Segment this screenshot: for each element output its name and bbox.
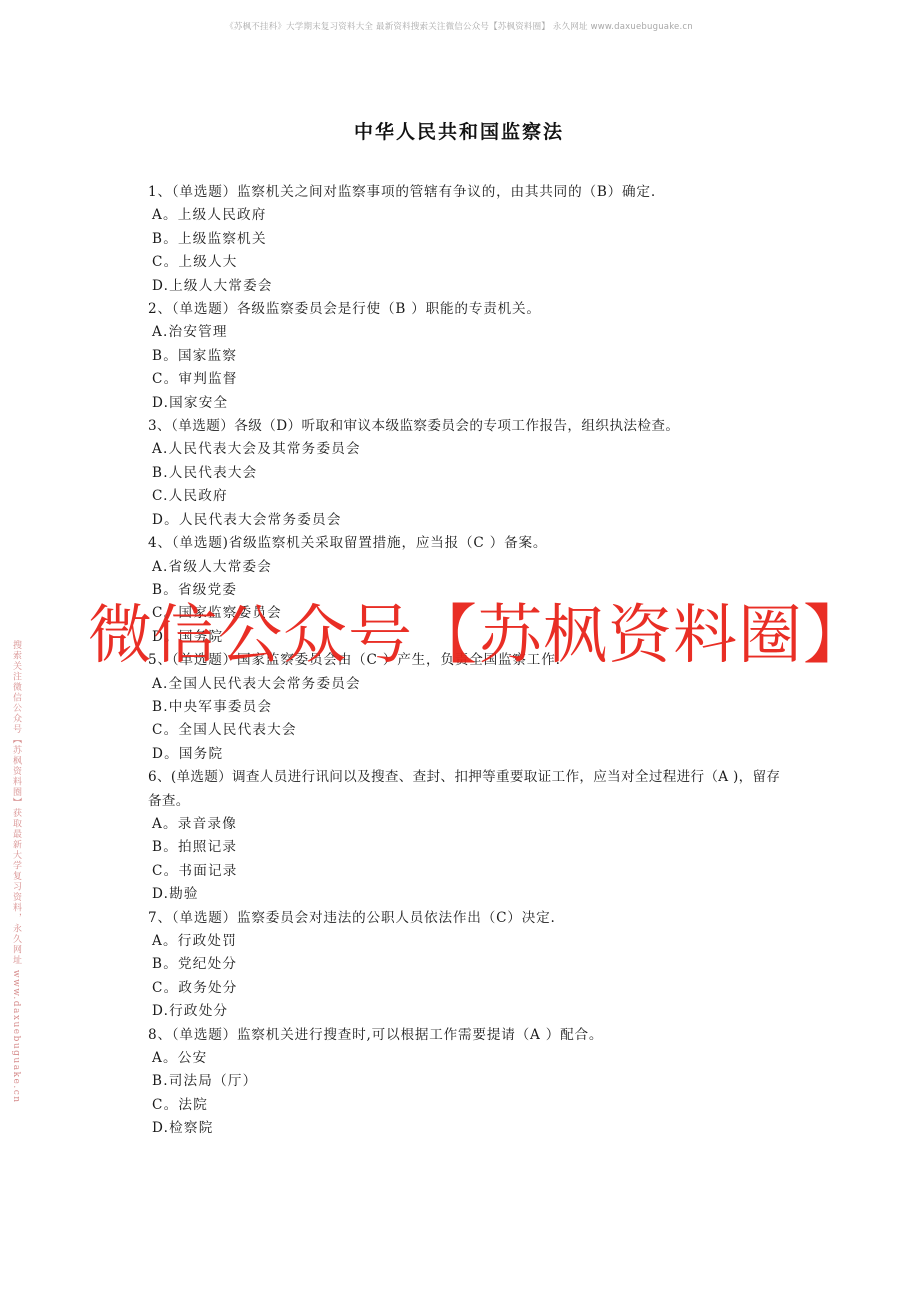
question-stem: 1、（单选题）监察机关之间对监察事项的管辖有争议的，由其共同的（B）确定. xyxy=(148,181,788,204)
option-b: B。上级监察机关 xyxy=(148,228,788,251)
question-stem: 2、（单选题）各级监察委员会是行使（B ）职能的专责机关。 xyxy=(148,298,788,321)
option-a: A.治安管理 xyxy=(148,321,788,344)
option-c: C.人民政府 xyxy=(148,485,788,508)
question-stem: 8、（单选题）监察机关进行搜查时,可以根据工作需要提请（A ）配合。 xyxy=(148,1024,788,1047)
option-d: D.检察院 xyxy=(148,1117,788,1140)
option-d: D.行政处分 xyxy=(148,1000,788,1023)
question-2: 2、（单选题）各级监察委员会是行使（B ）职能的专责机关。 A.治安管理 B。国… xyxy=(148,298,788,415)
side-banner: 搜索关注微信公众号【苏枫资料圈】获取最新大学复习资料，永久网址 www.daxu… xyxy=(10,640,23,1104)
option-c: C。法院 xyxy=(148,1094,788,1117)
option-c: C。国家监察委员会 xyxy=(148,602,788,625)
question-stem: 5、（单选题）国家监察委员会由（C ）产生，负责全国监察工作. xyxy=(148,649,788,672)
option-c: C。全国人民代表大会 xyxy=(148,719,788,742)
question-stem: 3、（单选题）各级（D）听取和审议本级监察委员会的专项工作报告，组织执法检查。 xyxy=(148,415,788,438)
question-7: 7、（单选题）监察委员会对违法的公职人员依法作出（C）决定. A。行政处罚 B。… xyxy=(148,907,788,1024)
option-d: D。国务院 xyxy=(148,626,788,649)
option-a: A.省级人大常委会 xyxy=(148,556,788,579)
question-6: 6、(单选题）调查人员进行讯问以及搜查、查封、扣押等重要取证工作，应当对全过程进… xyxy=(148,766,788,906)
option-d: D。人民代表大会常务委员会 xyxy=(148,509,788,532)
option-d: D。国务院 xyxy=(148,743,788,766)
page-title: 中华人民共和国监察法 xyxy=(0,117,918,144)
option-b: B。党纪处分 xyxy=(148,953,788,976)
question-8: 8、（单选题）监察机关进行搜查时,可以根据工作需要提请（A ）配合。 A。公安 … xyxy=(148,1024,788,1141)
option-c: C。上级人大 xyxy=(148,251,788,274)
question-stem: 4、（单选题)省级监察机关采取留置措施，应当报（C ）备案。 xyxy=(148,532,788,555)
option-c: C。书面记录 xyxy=(148,860,788,883)
option-c: C。审判监督 xyxy=(148,368,788,391)
question-5: 5、（单选题）国家监察委员会由（C ）产生，负责全国监察工作. A.全国人民代表… xyxy=(148,649,788,766)
option-b: B。国家监察 xyxy=(148,345,788,368)
option-b: B.人民代表大会 xyxy=(148,462,788,485)
option-b: B.中央军事委员会 xyxy=(148,696,788,719)
question-stem: 7、（单选题）监察委员会对违法的公职人员依法作出（C）决定. xyxy=(148,907,788,930)
option-b: B。拍照记录 xyxy=(148,836,788,859)
question-list: 1、（单选题）监察机关之间对监察事项的管辖有争议的，由其共同的（B）确定. A。… xyxy=(148,181,788,1141)
question-1: 1、（单选题）监察机关之间对监察事项的管辖有争议的，由其共同的（B）确定. A。… xyxy=(148,181,788,298)
question-4: 4、（单选题)省级监察机关采取留置措施，应当报（C ）备案。 A.省级人大常委会… xyxy=(148,532,788,649)
option-b: B.司法局（厅） xyxy=(148,1070,788,1093)
option-a: A.全国人民代表大会常务委员会 xyxy=(148,673,788,696)
option-a: A。公安 xyxy=(148,1047,788,1070)
option-d: D.勘验 xyxy=(148,883,788,906)
header-banner: 《苏枫不挂科》大学期末复习资料大全 最新资料搜索关注微信公众号【苏枫资料圈】 永… xyxy=(0,20,918,32)
option-b: B。省级党委 xyxy=(148,579,788,602)
option-a: A.人民代表大会及其常务委员会 xyxy=(148,438,788,461)
question-stem: 6、(单选题）调查人员进行讯问以及搜查、查封、扣押等重要取证工作，应当对全过程进… xyxy=(148,766,782,813)
question-3: 3、（单选题）各级（D）听取和审议本级监察委员会的专项工作报告，组织执法检查。 … xyxy=(148,415,788,532)
option-a: A。行政处罚 xyxy=(148,930,788,953)
option-a: A。上级人民政府 xyxy=(148,204,788,227)
option-a: A。录音录像 xyxy=(148,813,788,836)
option-c: C。政务处分 xyxy=(148,977,788,1000)
option-d: D.国家安全 xyxy=(148,392,788,415)
option-d: D.上级人大常委会 xyxy=(148,275,788,298)
